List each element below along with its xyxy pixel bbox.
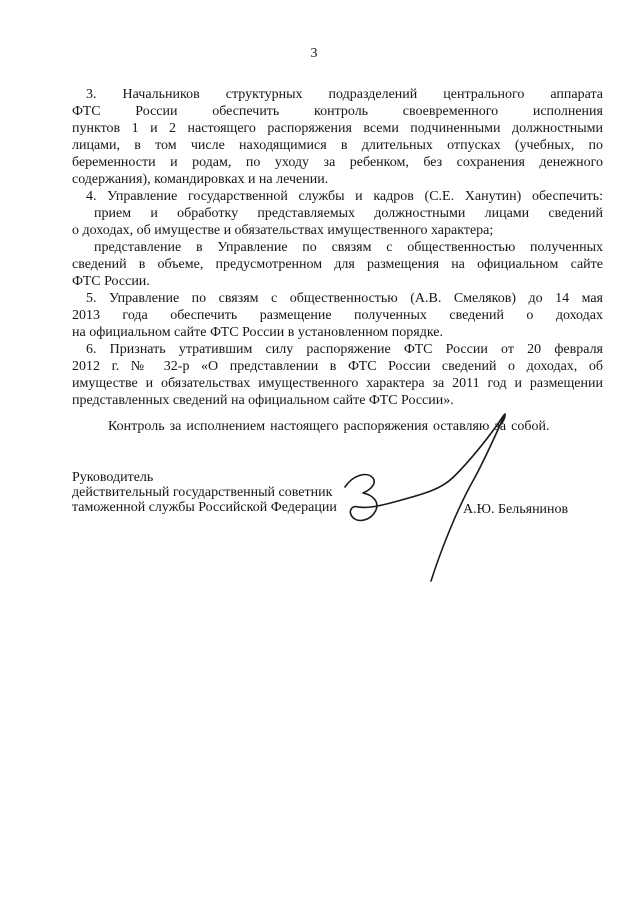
signer-title-line: таможенной службы Российской Федерации [72,500,337,515]
paragraph-4b-line: ФТС России. [72,273,603,290]
paragraph-4b-line: представление в Управление по связям с о… [72,239,603,256]
paragraph-5-line: 5. Управление по связям с общественность… [72,290,603,307]
paragraph-4b-line: сведений в объеме, предусмотренном для р… [72,256,603,273]
signature-scrawl [330,403,530,598]
paragraph-3-line: содержания), командировках и на лечении. [72,171,603,188]
document-body: 3. Начальников структурных подразделений… [72,86,603,435]
paragraph-4-line: 4. Управление государственной службы и к… [72,188,603,205]
paragraph-5-line: 2013 года обеспечить размещение полученн… [72,307,603,324]
signer-title-line: действительный государственный советник [72,485,337,500]
paragraph-5-line: на официальном сайте ФТС России в устано… [72,324,603,341]
paragraph-6-line: имуществе и обязательствах имущественног… [72,375,603,392]
paragraph-3-line: ФТС России обеспечить контроль своевреме… [72,103,603,120]
paragraph-3-line: 3. Начальников структурных подразделений… [72,86,603,103]
paragraph-4a-line: прием и обработку представляемых должнос… [72,205,603,222]
paragraph-3-line: пунктов 1 и 2 настоящего распоряжения вс… [72,120,603,137]
signer-title-block: Руководитель действительный государствен… [72,470,337,516]
signer-title-line: Руководитель [72,470,337,485]
paragraph-4a-line: о доходах, об имуществе и обязательствах… [72,222,603,239]
document-page: 3 3. Начальников структурных подразделен… [0,0,640,905]
paragraph-6-line: 6. Признать утратившим силу распоряжение… [72,341,603,358]
page-number: 3 [0,45,640,62]
paragraph-3-line: беременности и родам, по уходу за ребенк… [72,154,603,171]
paragraph-6-line: 2012 г. № 32-р «О представлении в ФТС Ро… [72,358,603,375]
signature-main-stroke [431,414,505,581]
paragraph-3-line: лицами, в том числе находящимися в длите… [72,137,603,154]
